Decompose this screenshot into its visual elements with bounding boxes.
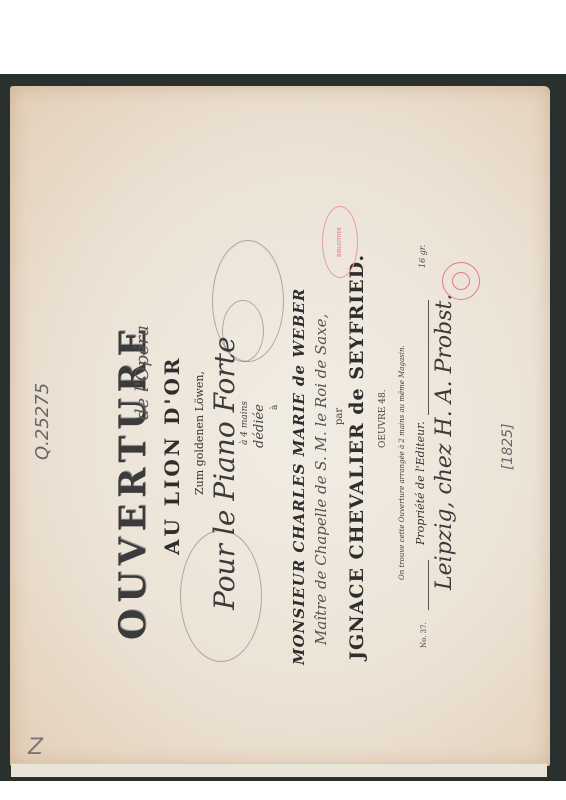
- shelfmark-annotation: Q.25275: [32, 383, 53, 460]
- german-title: Zum goldenen Löwen,: [193, 371, 206, 495]
- publisher-line: Leipzig, chez H. A. Probst.: [432, 294, 457, 590]
- paper-page: [10, 86, 550, 766]
- plate-number: No. 37.: [420, 622, 428, 648]
- property-line: Propriété de l'Editeur.: [414, 421, 427, 545]
- library-stamp-round: [442, 262, 480, 300]
- arrangement-note: On trouve cette Ouverture arrangée à 2 m…: [398, 345, 406, 580]
- dedicatee-role: Maître de Chapelle de S. M. le Roi de Sa…: [312, 314, 330, 645]
- hands-line: à 4 mains: [240, 401, 250, 445]
- rule-line: [428, 300, 429, 415]
- library-stamp-oval: BIBLIOTHEK: [322, 206, 358, 278]
- opus-number: OEUVRE 48.: [378, 389, 388, 448]
- opera-title: AU LION D'OR: [160, 355, 184, 555]
- dedicatee-name: MONSIEUR CHARLES MARIE de WEBER: [290, 288, 308, 665]
- paper-bottom-strip: [11, 763, 547, 777]
- by-word: par: [334, 408, 345, 425]
- dedication-to: à: [270, 405, 280, 410]
- rule-line: [428, 560, 429, 610]
- corner-mark: Z: [28, 735, 43, 760]
- composer-name: JGNACE CHEVALIER de SEYFRIED.: [346, 254, 368, 660]
- price: 16 gr.: [418, 245, 427, 268]
- dedication-word: dédiée: [252, 404, 267, 448]
- instrument-line: Pour le Piano Forte: [208, 336, 241, 610]
- subtitle-de-lopera: de l'Opéra: [132, 325, 153, 420]
- date-annotation: [1825]: [500, 423, 516, 470]
